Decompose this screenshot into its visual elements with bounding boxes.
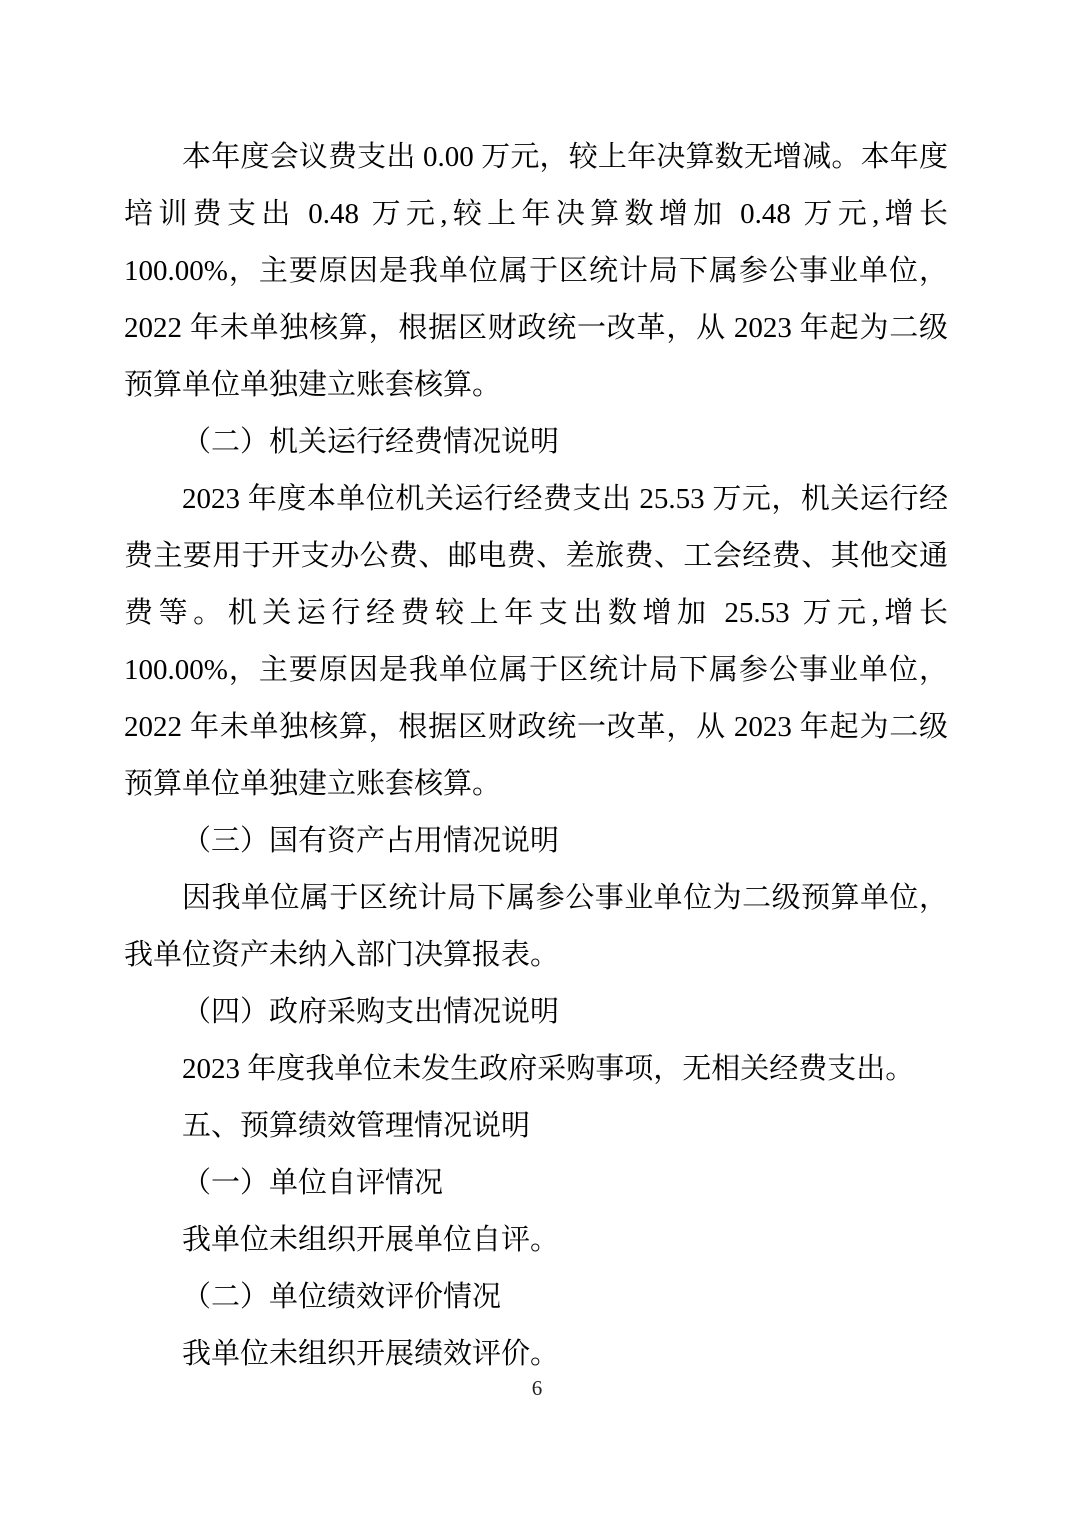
- section-heading-2-operating-funds: （二）机关运行经费情况说明: [124, 414, 948, 471]
- page-footer: 6: [0, 1376, 1074, 1401]
- section-heading-2-performance-evaluation: （二）单位绩效评价情况: [124, 1269, 948, 1326]
- page-number: 6: [532, 1376, 543, 1400]
- chapter-heading-5-budget-performance: 五、预算绩效管理情况说明: [124, 1098, 948, 1155]
- paragraph-state-assets-detail: 因我单位属于区统计局下属参公事业单位为二级预算单位，我单位资产未纳入部门决算报表…: [124, 870, 948, 984]
- page-content: 本年度会议费支出 0.00 万元，较上年决算数无增减。本年度培训费支出 0.48…: [124, 129, 948, 1383]
- paragraph-meeting-training-fees: 本年度会议费支出 0.00 万元，较上年决算数无增减。本年度培训费支出 0.48…: [124, 129, 948, 414]
- paragraph-government-procurement-detail: 2023 年度我单位未发生政府采购事项，无相关经费支出。: [124, 1041, 948, 1098]
- paragraph-performance-evaluation-detail: 我单位未组织开展绩效评价。: [124, 1326, 948, 1383]
- paragraph-self-evaluation-detail: 我单位未组织开展单位自评。: [124, 1212, 948, 1269]
- section-heading-3-state-assets: （三）国有资产占用情况说明: [124, 813, 948, 870]
- paragraph-operating-funds-detail: 2023 年度本单位机关运行经费支出 25.53 万元，机关运行经费主要用于开支…: [124, 471, 948, 813]
- section-heading-4-government-procurement: （四）政府采购支出情况说明: [124, 984, 948, 1041]
- section-heading-1-self-evaluation: （一）单位自评情况: [124, 1155, 948, 1212]
- document-page: 本年度会议费支出 0.00 万元，较上年决算数无增减。本年度培训费支出 0.48…: [0, 0, 1074, 1520]
